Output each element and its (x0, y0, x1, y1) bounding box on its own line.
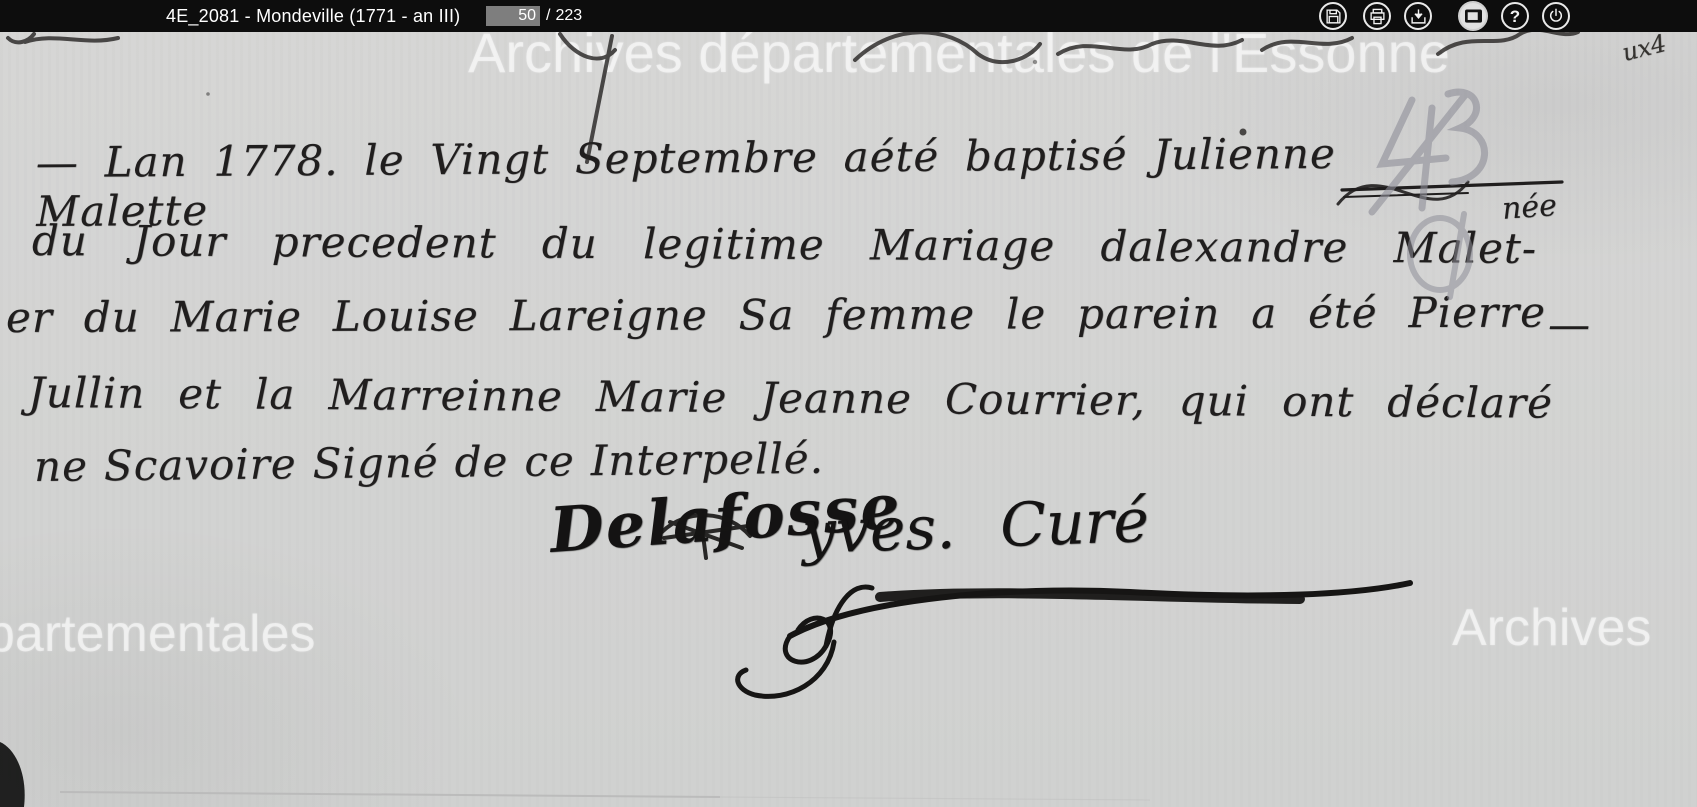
page-total: 223 (555, 7, 582, 25)
download-icon (1410, 8, 1427, 25)
watermark-bottom-right: Archives (1452, 598, 1651, 658)
margin-note: ux4 (1619, 32, 1669, 67)
manuscript-line-1-end: née (1501, 188, 1558, 227)
manuscript-line-3: er du Marie Louise Lareigne Sa femme le … (6, 288, 1546, 342)
manuscript-line-4: Jullin et la Marreinne Marie Jeanne Cour… (28, 368, 1553, 428)
manuscript-line-3-end-dash: — (1548, 300, 1590, 349)
save-button[interactable] (1319, 2, 1347, 30)
page-number-input[interactable] (486, 6, 540, 26)
printer-icon (1369, 8, 1386, 25)
monitor-icon (1464, 8, 1483, 25)
print-button[interactable] (1363, 2, 1391, 30)
pencil-scribble (1372, 92, 1485, 212)
signature-flourish (738, 583, 1410, 696)
scan-canvas[interactable]: Archives départementales de l'Essonne pa… (0, 32, 1697, 807)
download-button[interactable] (1404, 2, 1432, 30)
manuscript-line-2: du Jour precedent du legitime Mariage da… (32, 216, 1537, 273)
display-mode-button[interactable] (1458, 1, 1488, 31)
floppy-disk-icon (1325, 8, 1342, 25)
page-separator: / (546, 7, 550, 25)
ink-blob (0, 742, 1150, 807)
watermark-bottom-left: partementales (0, 604, 316, 664)
page-navigator: / 223 (486, 5, 582, 27)
document-title: 4E_2081 - Mondeville (1771 - an III) (166, 0, 460, 32)
watermark-top: Archives départementales de l'Essonne (468, 32, 1450, 85)
viewer-toolbar: 4E_2081 - Mondeville (1771 - an III) / 2… (0, 0, 1697, 32)
help-button[interactable]: ? (1501, 2, 1529, 30)
question-mark-icon: ? (1510, 8, 1520, 25)
signature-cure: yves. Curé (801, 486, 1150, 568)
power-icon (1548, 8, 1564, 24)
archive-viewer-window: 4E_2081 - Mondeville (1771 - an III) / 2… (0, 0, 1697, 807)
power-button[interactable] (1542, 2, 1570, 30)
